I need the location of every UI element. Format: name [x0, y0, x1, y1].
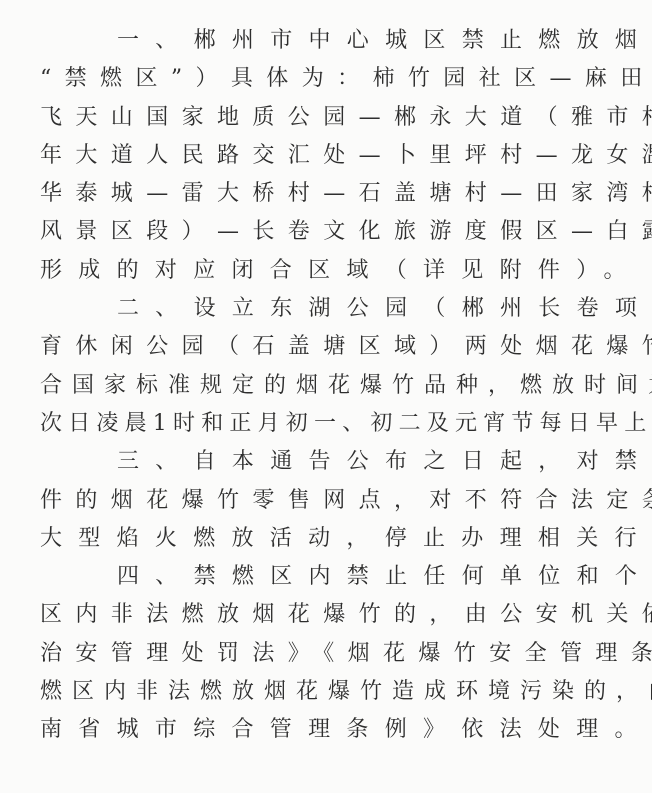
text-line: 次日凌晨1时和正月初一、初二及元宵节每日早上6时至24时。 — [40, 405, 622, 443]
clause-3-paragraph: 三、自本通告公布之日起，对禁燃区范围内不符合法定条 件的烟花爆竹零售网点，对不符… — [40, 443, 622, 558]
text-line: 四、禁燃区内禁止任何单位和个人燃放烟花爆竹。在禁燃 — [40, 558, 622, 596]
text-line: 合国家标准规定的烟花爆竹品种，燃放时间为除夕早上 6 时至 — [40, 367, 622, 405]
notice-body: 一、郴州市中心城区禁止燃放烟花爆竹的区域（以下简称 “禁燃区”）具体为：柿竹园社… — [40, 22, 622, 750]
text-line: 形成的对应闭合区域（详见附件）。 — [40, 252, 622, 290]
clause-1-paragraph: 一、郴州市中心城区禁止燃放烟花爆竹的区域（以下简称 “禁燃区”）具体为：柿竹园社… — [40, 22, 622, 290]
scanned-document-page: 一、郴州市中心城区禁止燃放烟花爆竹的区域（以下简称 “禁燃区”）具体为：柿竹园社… — [0, 0, 652, 793]
clause-2-paragraph: 二、设立东湖公园（郴州长卷项目对面区域）和仙岭湖体 育休闲公园（石盖塘区域）两处… — [40, 290, 622, 443]
text-line: 三、自本通告公布之日起，对禁燃区范围内不符合法定条 — [40, 443, 622, 481]
text-line: 燃区内非法燃放烟花爆竹造成环境污染的，由城管部门依照《湖 — [40, 673, 622, 711]
clause-4-paragraph: 四、禁燃区内禁止任何单位和个人燃放烟花爆竹。在禁燃 区内非法燃放烟花爆竹的，由公… — [40, 558, 622, 749]
text-line: 风景区段）—长卷文化旅游度假区—白露塘村—柿竹园社区所 — [40, 213, 622, 251]
text-line: “禁燃区”）具体为：柿竹园社区—麻田村—苏仙区农垦场— — [40, 60, 622, 98]
text-line: 治安管理处罚法》《烟花爆竹安全管理条例》依法处理；在禁 — [40, 635, 622, 673]
text-line: 二、设立东湖公园（郴州长卷项目对面区域）和仙岭湖体 — [40, 290, 622, 328]
text-line: 大型焰火燃放活动，停止办理相关行政许可。 — [40, 520, 622, 558]
text-line: 一、郴州市中心城区禁止燃放烟花爆竹的区域（以下简称 — [40, 22, 622, 60]
text-line: 育休闲公园（石盖塘区域）两处烟花爆竹燃放点，限于燃放符 — [40, 328, 622, 366]
text-line: 华泰城—雷大桥村—石盖塘村—田家湾村—郴州大道（王仙岭 — [40, 175, 622, 213]
text-line: 南省城市综合管理条例》依法处理。 — [40, 711, 622, 749]
text-line: 年大道人民路交汇处—卜里坪村—龙女温泉景区—同心桥村— — [40, 137, 622, 175]
text-line: 区内非法燃放烟花爆竹的，由公安机关依照《中华人民共和国 — [40, 596, 622, 634]
text-line: 飞天山国家地质公园—郴永大道（雅市村段）—千里湖山—青 — [40, 99, 622, 137]
text-line: 件的烟花爆竹零售网点，对不符合法定条件的焰火晚会及其他 — [40, 482, 622, 520]
